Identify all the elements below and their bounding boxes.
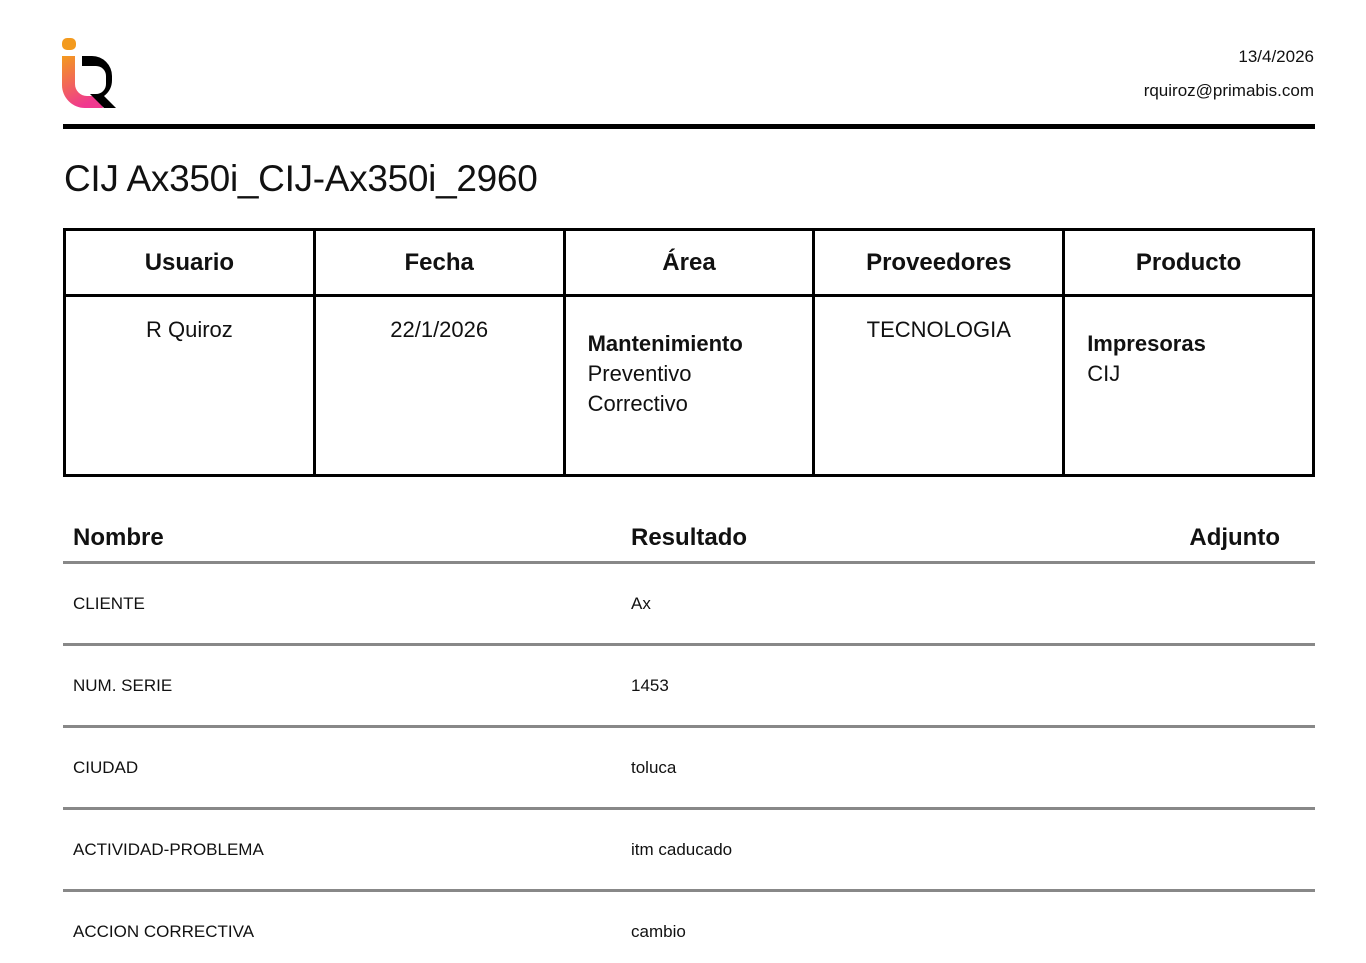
header-producto: Producto <box>1064 230 1314 296</box>
table-row: ACTIVIDAD-PROBLEMA itm caducado <box>63 810 1315 892</box>
header-nombre: Nombre <box>63 520 631 552</box>
row-nombre: CIUDAD <box>63 758 631 778</box>
cell-producto: Impresoras CIJ <box>1064 296 1314 476</box>
row-resultado: toluca <box>631 758 1080 778</box>
table-row: CIUDAD toluca <box>63 728 1315 810</box>
table-row: ACCION CORRECTIVA cambio <box>63 892 1315 963</box>
company-logo-icon <box>62 38 118 110</box>
results-table: Nombre Resultado Adjunto CLIENTE Ax NUM.… <box>63 520 1315 963</box>
area-item: Preventivo <box>588 359 813 389</box>
header-adjunto: Adjunto <box>1080 520 1315 552</box>
cell-usuario: R Quiroz <box>65 296 315 476</box>
report-date: 13/4/2026 <box>1144 40 1314 74</box>
row-nombre: ACCION CORRECTIVA <box>63 922 631 942</box>
row-nombre: NUM. SERIE <box>63 676 631 696</box>
row-resultado: cambio <box>631 922 1080 942</box>
results-header: Nombre Resultado Adjunto <box>63 520 1315 564</box>
header-proveedores: Proveedores <box>814 230 1064 296</box>
row-resultado: itm caducado <box>631 840 1080 860</box>
user-email: rquiroz@primabis.com <box>1144 74 1314 108</box>
info-table: Usuario Fecha Área Proveedores Producto … <box>63 228 1315 477</box>
area-item: Correctivo <box>588 389 813 419</box>
table-row: NUM. SERIE 1453 <box>63 646 1315 728</box>
cell-fecha: 22/1/2026 <box>314 296 564 476</box>
table-row: CLIENTE Ax <box>63 564 1315 646</box>
header-usuario: Usuario <box>65 230 315 296</box>
header-meta: 13/4/2026 rquiroz@primabis.com <box>1144 40 1314 108</box>
header-fecha: Fecha <box>314 230 564 296</box>
row-resultado: Ax <box>631 594 1080 614</box>
area-label: Mantenimiento <box>588 329 813 359</box>
row-resultado: 1453 <box>631 676 1080 696</box>
cell-proveedores: TECNOLOGIA <box>814 296 1064 476</box>
producto-label: Impresoras <box>1087 329 1312 359</box>
row-nombre: CLIENTE <box>63 594 631 614</box>
header-divider <box>63 124 1315 129</box>
cell-area: Mantenimiento Preventivo Correctivo <box>564 296 814 476</box>
producto-item: CIJ <box>1087 359 1312 389</box>
header-resultado: Resultado <box>631 520 1080 552</box>
row-nombre: ACTIVIDAD-PROBLEMA <box>63 840 631 860</box>
header-area: Área <box>564 230 814 296</box>
page-title: CIJ Ax350i_CIJ-Ax350i_2960 <box>64 158 538 200</box>
